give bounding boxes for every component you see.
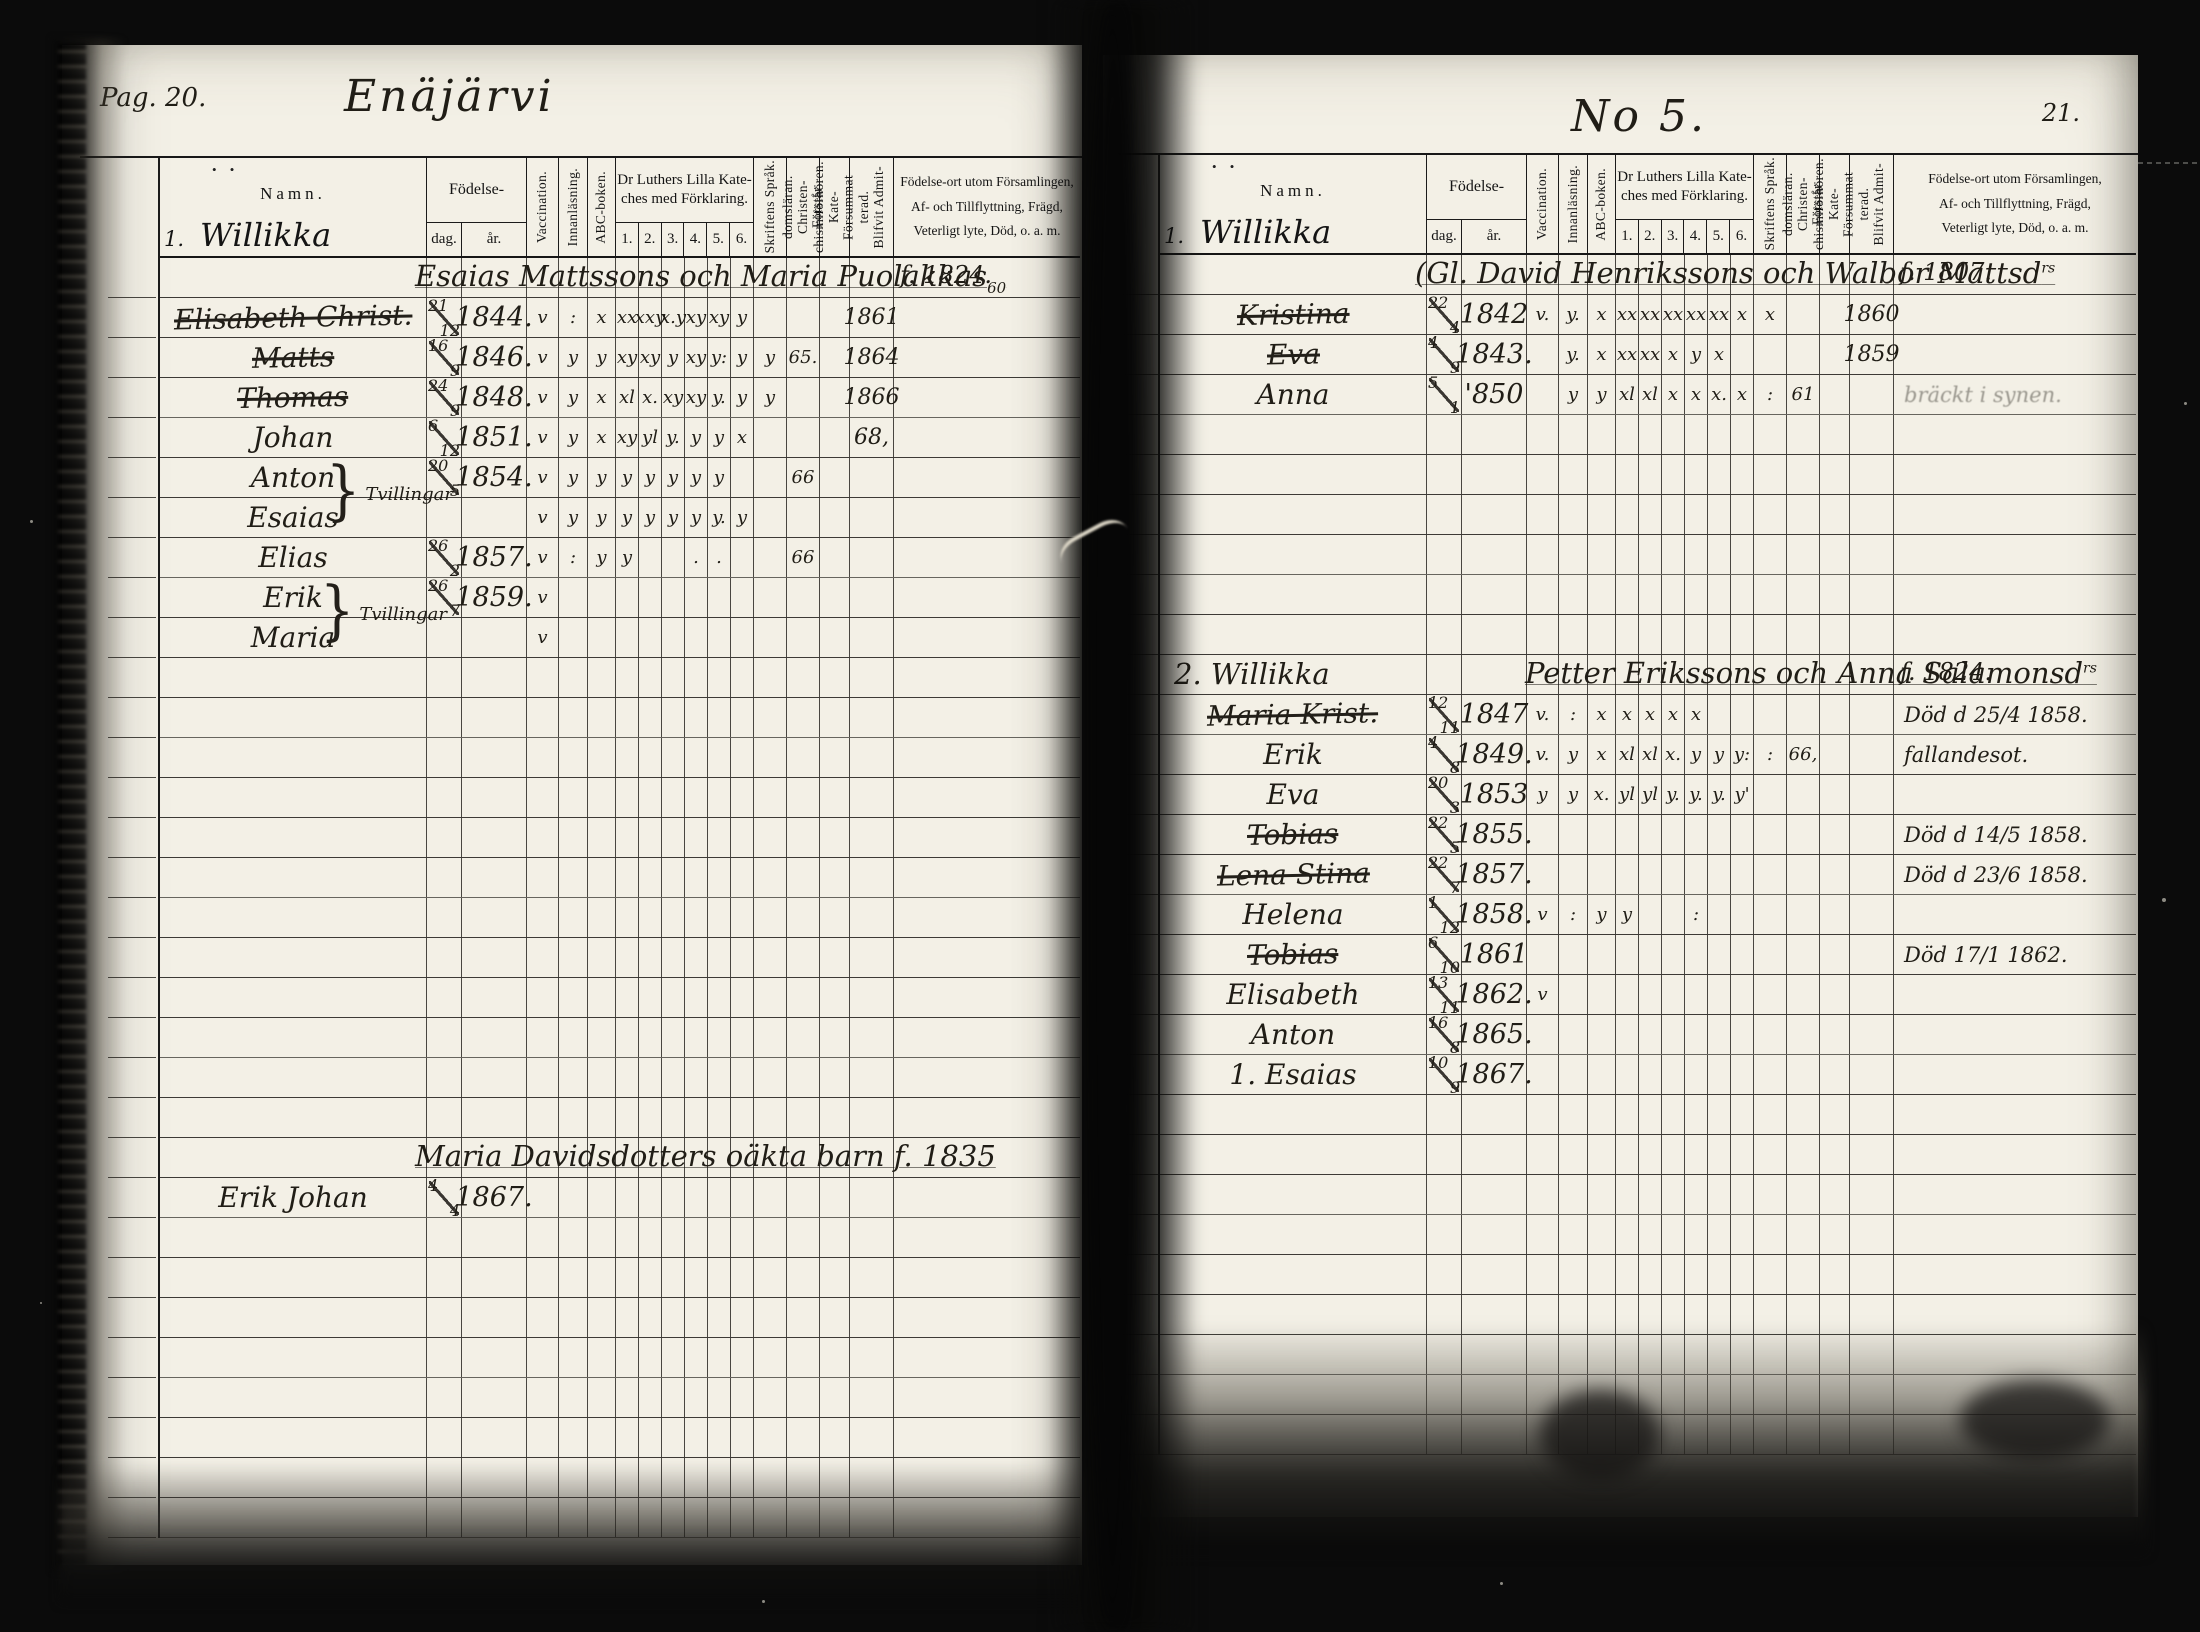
cell-birth-year: [1462, 1135, 1527, 1174]
progress-mark: xx: [1640, 344, 1660, 365]
table-body-right: (Gl. David Henrikssons och Walbor Mattsd…: [1160, 255, 2136, 1455]
cell-mark: [639, 898, 662, 937]
admitted-year: 68,: [854, 425, 889, 450]
cell-mark: [1787, 975, 1820, 1014]
cell-mark: [588, 898, 616, 937]
cell-mark: v: [527, 338, 559, 377]
cell-admitted: [1850, 855, 1894, 894]
cell-admitted: [1850, 935, 1894, 974]
admitted-year: 1861: [844, 305, 900, 330]
cell-mark: [527, 698, 559, 737]
cell-mark: [662, 538, 685, 577]
cell-birth-year: 1862.: [1462, 975, 1527, 1014]
cell-name: Erik}Tvillingar: [160, 578, 427, 617]
cell-admitted: 1864: [850, 338, 894, 377]
cell-mark: [1662, 855, 1685, 894]
progress-mark: y: [737, 347, 747, 368]
progress-mark: xy: [709, 307, 729, 328]
cell-mark: [708, 778, 731, 817]
cell-mark: xy: [639, 338, 662, 377]
cell-mark: [1787, 1095, 1820, 1134]
cell-mark: [1685, 935, 1708, 974]
person-row: Thomas2491848.vyxxlx.xyxyy.yy1866: [160, 378, 1080, 418]
cell-birth-year: [462, 498, 527, 537]
cell-mark: [685, 738, 708, 777]
cell-mark: [588, 1418, 616, 1457]
col-notes: Födelse-ort utom Församlingen, Af- och T…: [1894, 155, 2136, 253]
cell-missed: [820, 578, 850, 617]
person-name: Erik Johan: [218, 1181, 368, 1214]
cell-missed: [1820, 1015, 1850, 1054]
cell-mark: [1662, 895, 1685, 934]
cell-mark: [639, 858, 662, 897]
cell-missed: [1820, 815, 1850, 854]
family-header-row: Esaias Mattssons och Maria Puolakkas60f.…: [160, 258, 1080, 298]
cell-mark: [754, 1058, 787, 1097]
cell-mark: x.: [1708, 375, 1731, 414]
cell-mark: y: [708, 458, 731, 497]
person-row: Erik Johan441867.: [160, 1178, 1080, 1218]
cell-missed: [820, 618, 850, 657]
household-heading: 1.Willikka: [164, 216, 331, 254]
cell-mark: [1639, 1215, 1662, 1254]
cell-mark: y: [1685, 335, 1708, 374]
cell-mark: x: [731, 418, 754, 457]
cell-birth-year: [1462, 415, 1527, 454]
remark-note: Död d 25/4 1858.: [1904, 703, 2088, 727]
cell-mark: [527, 658, 559, 697]
birth-year: 1842: [1460, 299, 1529, 330]
cell-admitted: [850, 1018, 894, 1057]
cell-notes: [1894, 1255, 2136, 1294]
cell-mark: [754, 458, 787, 497]
cell-mark: y: [662, 338, 685, 377]
cell-name: [160, 1098, 427, 1137]
empty-row: [1160, 1135, 2136, 1175]
empty-row: [160, 1058, 1080, 1098]
cell-mark: [588, 818, 616, 857]
cell-birth-day: [427, 818, 462, 857]
cell-mark: [1639, 895, 1662, 934]
person-name: Eva: [1267, 778, 1320, 811]
cell-mark: [616, 858, 639, 897]
cell-mark: xl: [1616, 735, 1639, 774]
progress-mark: x: [1668, 384, 1678, 405]
cell-mark: [527, 1058, 559, 1097]
cell-mark: v: [527, 418, 559, 457]
cell-mark: [754, 858, 787, 897]
catechism-subcols: 1. 2. 3. 4. 5. 6.: [1616, 219, 1753, 253]
cell-mark: [685, 938, 708, 977]
person-name: Kristina: [1236, 297, 1349, 332]
cell-mark: [1527, 575, 1559, 614]
cell-birth-year: [462, 1098, 527, 1137]
brace-glyph: }: [320, 574, 354, 648]
cell-notes: [1894, 575, 2136, 614]
cell-mark: [1708, 575, 1731, 614]
cell-mark: xx: [1662, 295, 1685, 334]
cell-admitted: [1850, 815, 1894, 854]
cell-mark: [588, 858, 616, 897]
cell-mark: [527, 1338, 559, 1377]
cell-mark: [1588, 615, 1616, 654]
col-birth-day: dag.: [1427, 220, 1462, 253]
progress-mark: xx: [1686, 304, 1706, 325]
cell-mark: [1787, 935, 1820, 974]
cell-mark: xy: [616, 418, 639, 457]
right-page: No 5. 21. • • Namn. 1.Willikka Födelse- …: [1103, 55, 2138, 1517]
cell-missed: [820, 1298, 850, 1337]
family-header-row: 2. WillikkaPetter Erikssons och Anna Sal…: [1160, 655, 2136, 695]
cell-admitted: [850, 898, 894, 937]
birth-year: 1859.: [455, 582, 532, 613]
cell-admitted: [1850, 455, 1894, 494]
cell-name: [160, 1018, 427, 1057]
cell-birth-year: [462, 938, 527, 977]
cell-admitted: [1850, 1255, 1894, 1294]
person-name: Eva: [1266, 337, 1320, 371]
progress-mark: x: [737, 427, 747, 448]
cell-mark: [685, 1218, 708, 1257]
cell-mark: [1588, 1255, 1616, 1294]
cell-mark: y.: [1559, 295, 1588, 334]
cell-mark: 61: [1787, 375, 1820, 414]
cell-mark: [731, 1098, 754, 1137]
cell-mark: [1754, 775, 1787, 814]
cell-birth-year: 1867.: [462, 1178, 527, 1217]
cell-birth-year: [1462, 1175, 1527, 1214]
person-row: Anna51'850yyxlxlxxx.x:61bräckt i synen.: [1160, 375, 2136, 415]
cell-mark: [754, 1018, 787, 1057]
cell-mark: [1527, 855, 1559, 894]
progress-mark: x.: [1711, 384, 1727, 405]
cell-mark: [1754, 455, 1787, 494]
birth-year: 1862.: [1455, 979, 1532, 1010]
cell-mark: [559, 698, 588, 737]
progress-mark: x: [1765, 304, 1775, 325]
cell-birth-day: 51: [1427, 375, 1462, 414]
birth-day: 12: [1428, 693, 1448, 712]
cell-mark: [1588, 535, 1616, 574]
progress-mark: :: [570, 547, 576, 568]
progress-mark: y: [765, 387, 775, 408]
cell-mark: [639, 1018, 662, 1057]
person-row: Matts1691846.vyyxyxyyxyy:yy65.1864: [160, 338, 1080, 378]
cell-mark: x: [1662, 375, 1685, 414]
cell-mark: [639, 1178, 662, 1217]
cell-birth-year: 1843.: [1462, 335, 1527, 374]
cell-mark: [1731, 1135, 1754, 1174]
cell-mark: [662, 1418, 685, 1457]
cell-notes: Död d 23/6 1858.: [1894, 855, 2136, 894]
cell-mark: [685, 1338, 708, 1377]
progress-mark: v.: [1536, 704, 1550, 725]
cell-mark: [685, 1098, 708, 1137]
person-name: Lena Stina: [1216, 856, 1370, 892]
cell-mark: [1527, 1175, 1559, 1214]
cell-birth-year: [462, 618, 527, 657]
person-row: 1. Esaias1091867.: [1160, 1055, 2136, 1095]
cell-birth-year: [462, 1018, 527, 1057]
cell-mark: [559, 978, 588, 1017]
progress-mark: x: [1645, 704, 1655, 725]
cell-notes: [1894, 335, 2136, 374]
cell-mark: [616, 1218, 639, 1257]
cell-mark: [1639, 935, 1662, 974]
progress-mark: y: [622, 467, 632, 488]
cell-mark: yl: [639, 418, 662, 457]
cell-mark: [1787, 535, 1820, 574]
cell-mark: [754, 1178, 787, 1217]
cell-mark: [731, 778, 754, 817]
cell-birth-year: 1855.: [1462, 815, 1527, 854]
col-name: • • Namn. 1.Willikka: [1160, 155, 1427, 253]
cell-name: [160, 1378, 427, 1417]
cell-mark: [1639, 1135, 1662, 1174]
empty-row: [160, 1218, 1080, 1258]
cell-mark: [1685, 975, 1708, 1014]
cell-mark: [559, 1018, 588, 1057]
cell-name: [1160, 455, 1427, 494]
cell-admitted: [1850, 415, 1894, 454]
cell-birth-day: [427, 938, 462, 977]
cell-mark: xy: [685, 378, 708, 417]
progress-mark: y: [1596, 904, 1606, 925]
cell-admitted: [1850, 975, 1894, 1014]
cell-mark: xy: [662, 378, 685, 417]
cell-mark: [639, 1298, 662, 1337]
progress-mark: y: [622, 547, 632, 568]
cell-mark: xy: [685, 298, 708, 337]
cell-mark: [754, 738, 787, 777]
progress-mark: y: [737, 507, 747, 528]
cell-mark: [685, 778, 708, 817]
cell-mark: [1616, 815, 1639, 854]
cell-admitted: [850, 698, 894, 737]
cell-birth-day: [427, 898, 462, 937]
cell-mark: [588, 1378, 616, 1417]
cell-mark: :: [1754, 375, 1787, 414]
cell-birth-year: [462, 1218, 527, 1257]
cell-mark: [662, 818, 685, 857]
cell-name: Eva: [1160, 335, 1427, 374]
progress-mark: xy: [663, 387, 683, 408]
cell-mark: x: [1731, 375, 1754, 414]
cell-missed: [1820, 895, 1850, 934]
cell-mark: [559, 658, 588, 697]
cell-mark: v.: [1527, 735, 1559, 774]
cell-mark: [1754, 855, 1787, 894]
cell-mark: [662, 1218, 685, 1257]
cell-mark: [708, 618, 731, 657]
left-page: Pag. 20. Enäjärvi • • Namn. 1.Willikka F…: [62, 45, 1082, 1565]
cell-name: [160, 898, 427, 937]
cell-mark: [1754, 535, 1787, 574]
cell-name: [1160, 615, 1427, 654]
cell-missed: [820, 1098, 850, 1137]
cell-mark: xxy: [639, 298, 662, 337]
cell-mark: y: [588, 538, 616, 577]
cell-mark: [1588, 1215, 1616, 1254]
cell-mark: [1787, 775, 1820, 814]
cell-mark: [1685, 415, 1708, 454]
progress-mark: x: [1596, 344, 1606, 365]
birth-year: 1851.: [455, 422, 532, 453]
cell-mark: [662, 1338, 685, 1377]
cell-admitted: [850, 818, 894, 857]
cell-birth-year: [462, 738, 527, 777]
cell-mark: [527, 778, 559, 817]
person-name: Anna: [1257, 378, 1330, 411]
cell-birth-year: [462, 858, 527, 897]
cell-mark: [787, 1418, 820, 1457]
cell-mark: [708, 1338, 731, 1377]
brace-glyph: }: [326, 454, 360, 528]
birth-day: 26: [428, 536, 448, 555]
progress-mark: xy: [617, 427, 637, 448]
cell-admitted: [850, 938, 894, 977]
cell-admitted: 1866: [850, 378, 894, 417]
cell-notes: fallandesot.: [1894, 735, 2136, 774]
cell-mark: [731, 618, 754, 657]
cell-mark: y: [685, 458, 708, 497]
family-header-text: Petter Erikssons och Anna Salamonsdrs: [1525, 656, 2097, 690]
empty-row: [1160, 1095, 2136, 1135]
cell-mark: :: [1559, 895, 1588, 934]
cell-mark: [685, 818, 708, 857]
col-reading: Innanläsning.: [1559, 155, 1588, 253]
cell-mark: [708, 978, 731, 1017]
cell-mark: y.: [1708, 775, 1731, 814]
cell-missed: [820, 418, 850, 457]
cell-mark: [662, 978, 685, 1017]
cell-mark: [1527, 1135, 1559, 1174]
remark-note: Död d 23/6 1858.: [1904, 863, 2088, 887]
cell-mark: [708, 1218, 731, 1257]
cell-missed: [820, 658, 850, 697]
cell-mark: [1616, 1135, 1639, 1174]
cell-mark: [616, 818, 639, 857]
cell-name: Elisabeth Christ.: [160, 298, 427, 337]
cell-mark: [616, 618, 639, 657]
person-name: Maria Krist.: [1207, 696, 1379, 733]
ink-dots: • •: [212, 162, 239, 178]
cell-mark: [1708, 1175, 1731, 1214]
progress-mark: y:: [711, 347, 727, 368]
cell-birth-day: [1427, 1175, 1462, 1214]
scan-backdrop: Pag. 20. Enäjärvi • • Namn. 1.Willikka F…: [0, 0, 2200, 1632]
family-header-row: Maria Davidsdotters oäkta barn f. 1835: [160, 1138, 1080, 1178]
empty-row: [1160, 535, 2136, 575]
cell-mark: [639, 578, 662, 617]
cell-mark: [754, 1098, 787, 1137]
col-name-label: Namn.: [160, 184, 426, 204]
cell-admitted: [850, 618, 894, 657]
cell-mark: y.: [662, 418, 685, 457]
cell-mark: x: [1588, 735, 1616, 774]
page-label-right: 21.: [2042, 99, 2080, 127]
cell-mark: xx: [1639, 295, 1662, 334]
progress-mark: y: [1691, 744, 1701, 765]
cell-admitted: [850, 458, 894, 497]
cell-mark: [527, 1098, 559, 1137]
cell-missed: [820, 1418, 850, 1457]
cell-mark: y.: [708, 378, 731, 417]
cell-mark: xl: [1616, 375, 1639, 414]
progress-mark: y: [1622, 904, 1632, 925]
cell-notes: Död d 25/4 1858.: [1894, 695, 2136, 734]
cell-mark: [1662, 815, 1685, 854]
cell-mark: [527, 1378, 559, 1417]
cell-missed: [1820, 455, 1850, 494]
progress-mark: y.: [712, 387, 726, 408]
cell-birth-day: [1427, 1135, 1462, 1174]
table-body-left: Esaias Mattssons och Maria Puolakkas60f.…: [160, 258, 1080, 1538]
birth-month: 1: [1450, 398, 1460, 417]
cell-admitted: [850, 858, 894, 897]
progress-mark: 66: [792, 547, 815, 568]
cell-mark: x.y: [662, 298, 685, 337]
cell-missed: [1820, 1135, 1850, 1174]
cell-mark: [559, 1058, 588, 1097]
cell-birth-day: [427, 858, 462, 897]
admitted-year: 1864: [844, 345, 900, 370]
cell-mark: :: [1685, 895, 1708, 934]
cell-mark: x: [1616, 695, 1639, 734]
cell-mark: [754, 618, 787, 657]
cell-mark: [1731, 1255, 1754, 1294]
progress-mark: y.: [1712, 784, 1726, 805]
cell-mark: [616, 938, 639, 977]
cell-mark: [685, 698, 708, 737]
family-birth-note: f. 1807.: [1900, 258, 1992, 286]
cell-mark: [1639, 615, 1662, 654]
progress-mark: v: [537, 387, 547, 408]
cell-mark: [662, 938, 685, 977]
cell-mark: y: [685, 498, 708, 537]
cell-mark: y: [559, 418, 588, 457]
cell-missed: [820, 1378, 850, 1417]
register-table-right: • • Namn. 1.Willikka Födelse- dag. år. V…: [1158, 155, 2136, 1455]
cell-mark: [559, 1098, 588, 1137]
family-header-row: (Gl. David Henrikssons och Walbor Mattsd…: [1160, 255, 2136, 295]
cell-mark: xl: [1639, 735, 1662, 774]
progress-mark: xl: [1642, 384, 1658, 405]
cell-mark: yl: [1639, 775, 1662, 814]
cell-birth-year: 1849.: [1462, 735, 1527, 774]
cell-missed: [1820, 975, 1850, 1014]
cell-mark: v: [527, 618, 559, 657]
cell-admitted: [850, 498, 894, 537]
col-birth-day: dag.: [427, 223, 462, 256]
cell-mark: [1662, 415, 1685, 454]
cell-mark: [662, 1258, 685, 1297]
cell-mark: [787, 618, 820, 657]
cell-mark: [1685, 1175, 1708, 1214]
cell-mark: [685, 578, 708, 617]
cell-mark: [1708, 1095, 1731, 1134]
cell-name: Maria Krist.: [1160, 695, 1427, 734]
cell-mark: x: [1662, 695, 1685, 734]
progress-mark: y: [596, 507, 606, 528]
cell-mark: [708, 1298, 731, 1337]
col-abc-book: ABC-boken.: [1588, 155, 1616, 253]
dust-speck: [762, 1600, 765, 1603]
cell-birth-year: 1857.: [462, 538, 527, 577]
cell-mark: y:: [1731, 735, 1754, 774]
cell-mark: [731, 458, 754, 497]
progress-mark: v: [537, 307, 547, 328]
